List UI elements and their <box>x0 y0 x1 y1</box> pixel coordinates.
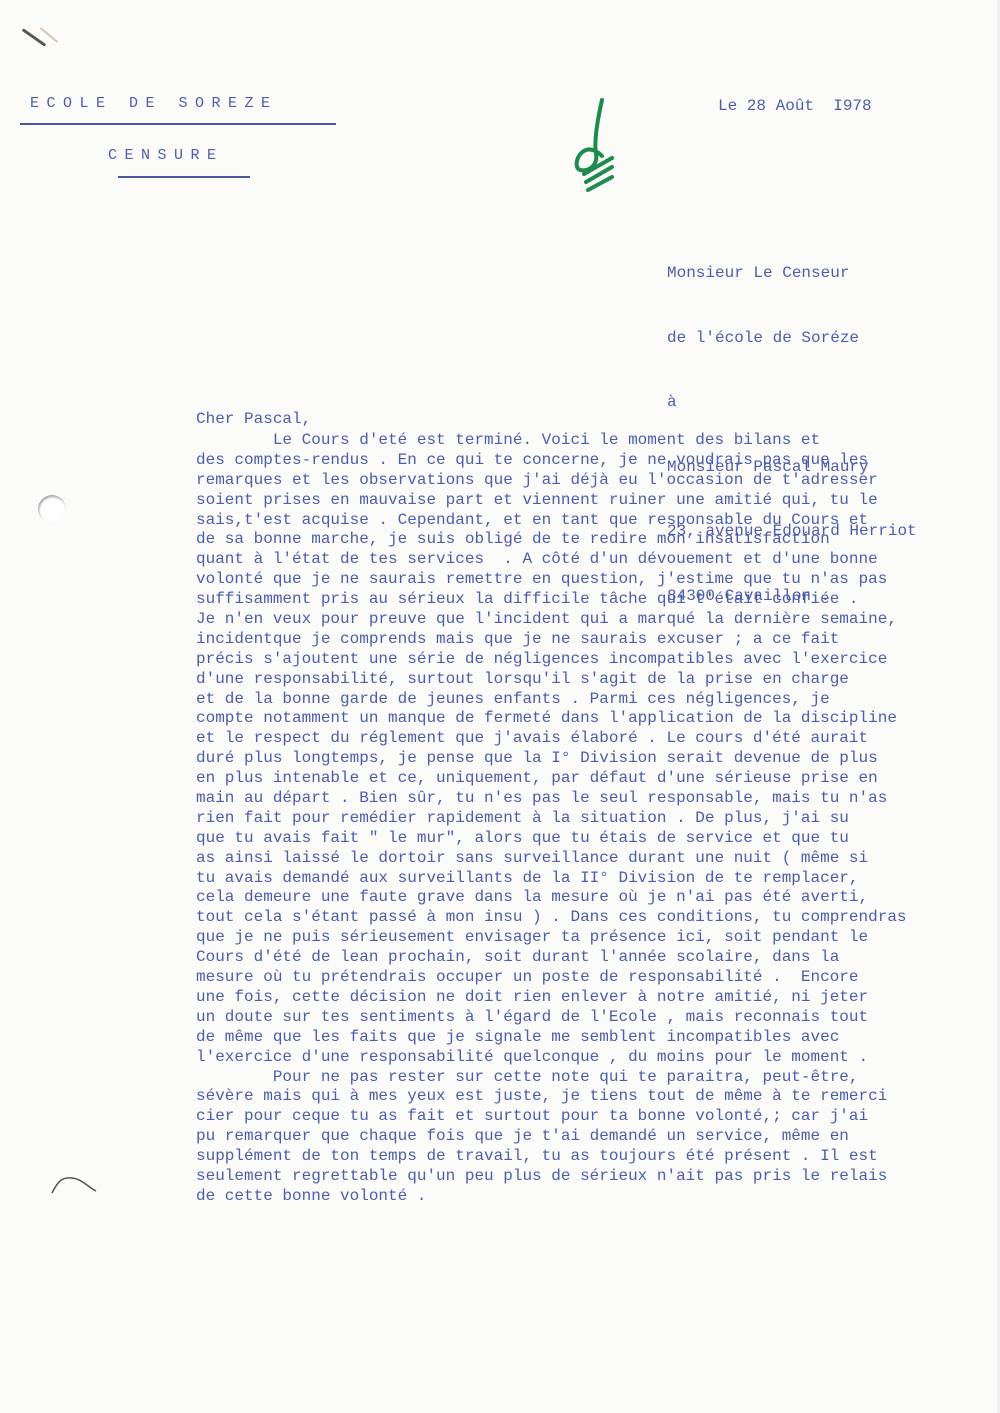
school-underline <box>20 123 336 125</box>
handwritten-initials-icon <box>572 92 622 192</box>
letter-date: Le 28 Août I978 <box>718 97 872 115</box>
body-line: en plus intenable et ce, uniquement, par… <box>196 769 907 789</box>
body-line: remarques et les observations que j'ai d… <box>196 471 907 491</box>
address-line: à <box>667 392 917 414</box>
body-line: tu avais demandé aux surveillants de la … <box>196 869 907 889</box>
body-line: de sa bonne marche, je suis obligé de te… <box>196 530 907 550</box>
body-line: as ainsi laissé le dortoir sans surveill… <box>196 849 907 869</box>
body-line: soient prises en mauvaise part et vienne… <box>196 491 907 511</box>
body-line: volonté que je ne saurais remettre en qu… <box>196 570 907 590</box>
body-line: sais,t'est acquise . Cependant, et en ta… <box>196 511 907 531</box>
body-line: pu remarquer que chaque fois que je t'ai… <box>196 1127 907 1147</box>
school-name: ECOLE DE SOREZE <box>30 95 278 112</box>
body-line: d'une responsabilité, surtout lorsqu'il … <box>196 670 907 690</box>
body-line: compte notamment un manque de fermeté da… <box>196 709 907 729</box>
letter-page: ECOLE DE SOREZE CENSURE Le 28 Août I978 … <box>0 0 1000 1413</box>
body-line: et de la bonne garde de jeunes enfants .… <box>196 690 907 710</box>
punch-hole <box>38 495 66 523</box>
body-line: duré plus longtemps, je pense que la I° … <box>196 749 907 769</box>
department-underline <box>118 176 250 178</box>
body-line: main au départ . Bien sûr, tu n'es pas l… <box>196 789 907 809</box>
body-line: de même que les faits que je signale me … <box>196 1028 907 1048</box>
body-line: Cours d'été de lean prochain, soit duran… <box>196 948 907 968</box>
body-line: un doute sur tes sentiments à l'égard de… <box>196 1008 907 1028</box>
body-line: l'exercice d'une responsabilité quelconq… <box>196 1048 907 1068</box>
address-line: de l'école de Soréze <box>667 328 917 350</box>
body-line: de cette bonne volonté . <box>196 1187 907 1207</box>
address-line: Monsieur Le Censeur <box>667 263 917 285</box>
body-line: que je ne puis sérieusement envisager ta… <box>196 928 907 948</box>
body-line: que tu avais fait " le mur", alors que t… <box>196 829 907 849</box>
body-line: cela demeure une faute grave dans la mes… <box>196 888 907 908</box>
body-line: précis s'ajoutent une série de négligenc… <box>196 650 907 670</box>
body-line: incidentque je comprends mais que je ne … <box>196 630 907 650</box>
body-line: Le Cours d'eté est terminé. Voici le mom… <box>196 431 907 451</box>
pencil-mark <box>50 1175 100 1195</box>
body-line: suffisamment pris au sérieux la difficil… <box>196 590 907 610</box>
body-line: supplément de ton temps de travail, tu a… <box>196 1147 907 1167</box>
body-line: une fois, cette décision ne doit rien en… <box>196 988 907 1008</box>
body-line: cier pour ceque tu as fait et surtout po… <box>196 1107 907 1127</box>
body-line: tout cela s'étant passé à mon insu ) . D… <box>196 908 907 928</box>
body-line: mesure où tu prétendrais occuper un post… <box>196 968 907 988</box>
body-line: Je n'en veux pour preuve que l'incident … <box>196 610 907 630</box>
letter-body: Le Cours d'eté est terminé. Voici le mom… <box>196 431 907 1207</box>
body-line: quant à l'état de tes services . A côté … <box>196 550 907 570</box>
body-line: et le respect du réglement que j'avais é… <box>196 729 907 749</box>
salutation: Cher Pascal, <box>196 410 311 428</box>
body-line: Pour ne pas rester sur cette note qui te… <box>196 1068 907 1088</box>
rust-mark <box>40 27 58 43</box>
department-name: CENSURE <box>108 147 224 164</box>
body-line: des comptes-rendus . En ce qui te concer… <box>196 451 907 471</box>
body-line: seulement regrettable qu'un peu plus de … <box>196 1167 907 1187</box>
body-line: sévère mais qui à mes yeux est juste, je… <box>196 1087 907 1107</box>
body-line: rien fait pour remédier rapidement à la … <box>196 809 907 829</box>
